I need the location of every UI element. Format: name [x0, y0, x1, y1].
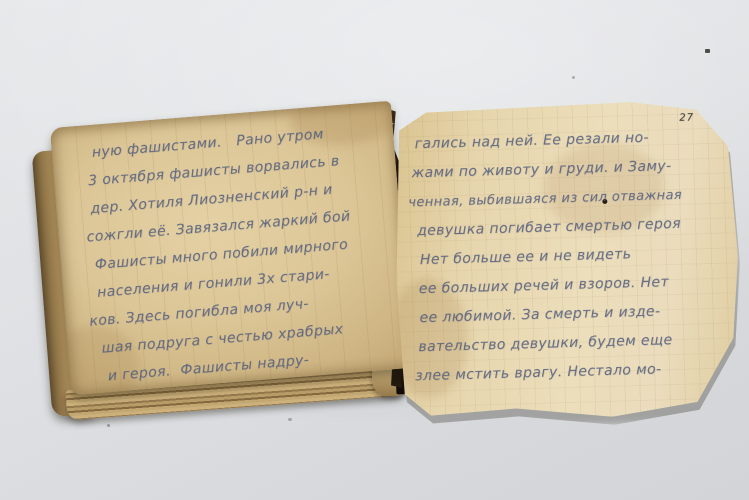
dust-speck — [107, 424, 110, 427]
photo-of-open-notebook: ную фашистами. Рано утром 3 октября фаши… — [0, 0, 749, 500]
dust-speck — [705, 49, 710, 53]
left-page: ную фашистами. Рано утром 3 октября фаши… — [50, 101, 412, 396]
right-page-handwriting: гались над ней. Ее резали но- жами по жи… — [414, 122, 731, 392]
right-page: 27 гались над ней. Ее резали но- жами по… — [392, 99, 743, 422]
dust-speck — [288, 418, 292, 421]
dust-speck — [572, 76, 575, 79]
left-page-handwriting: ную фашистами. Рано утром 3 октября фаши… — [85, 115, 404, 390]
